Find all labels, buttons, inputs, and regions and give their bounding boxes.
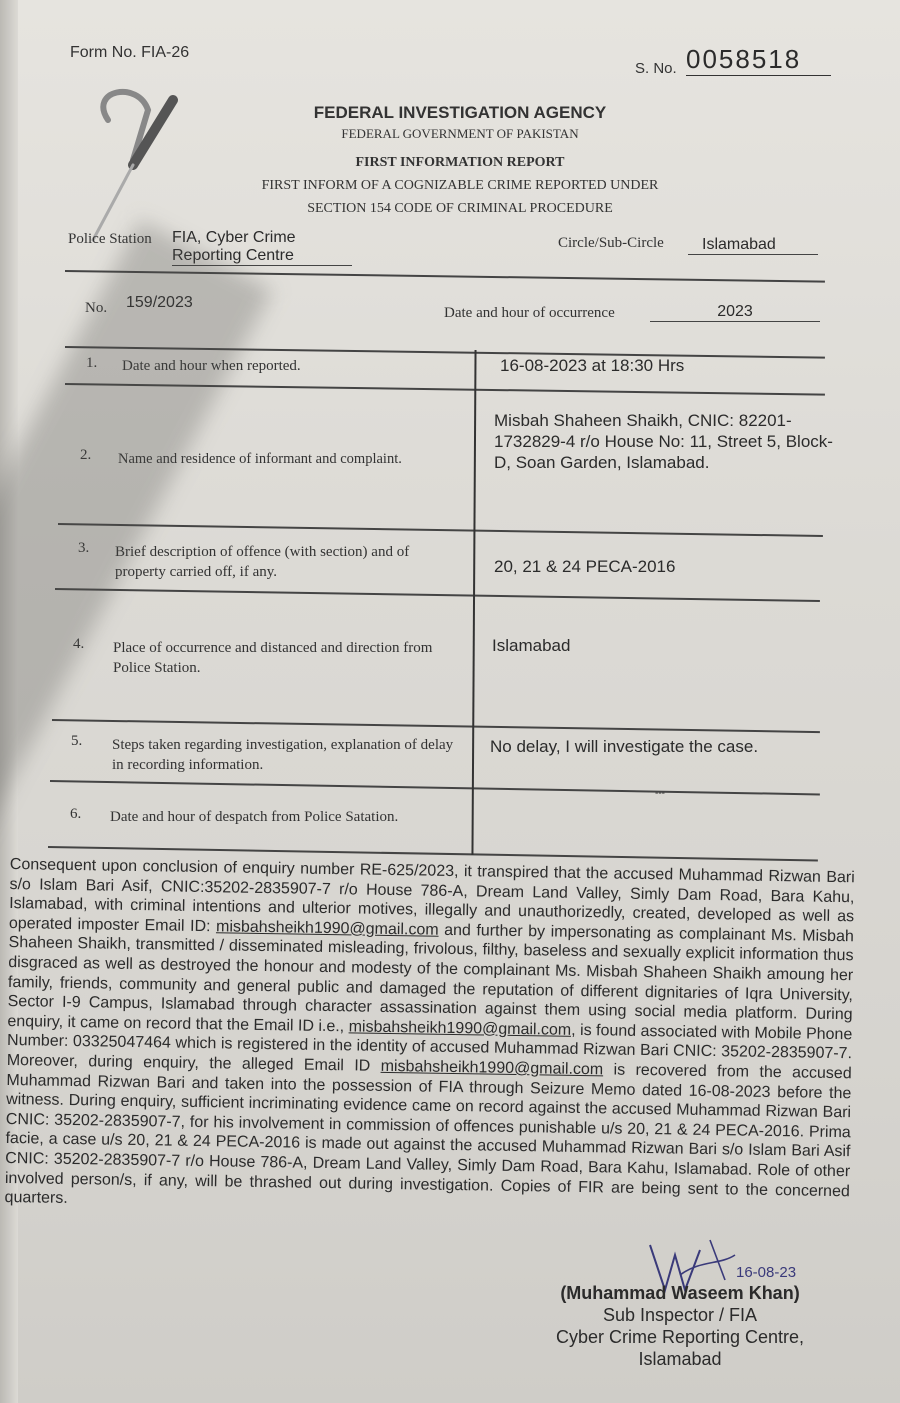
signature-block: (Muhammad Waseem Khan) Sub Inspector / F…	[540, 1282, 820, 1370]
row-number: 6.	[70, 806, 81, 823]
email-link[interactable]: misbahsheikh1990@gmail.com	[216, 918, 439, 938]
narrative-paragraph: Consequent upon conclusion of enquiry nu…	[4, 855, 854, 1221]
row-value-offence: 20, 21 & 24 PECA-2016	[494, 556, 844, 577]
agency-name: FEDERAL INVESTIGATION AGENCY	[180, 103, 740, 123]
email-link[interactable]: misbahsheikh1990@gmail.com,	[349, 1018, 576, 1039]
report-subtitle-line1: FIRST INFORM OF A COGNIZABLE CRIME REPOR…	[180, 178, 740, 194]
officer-office: Cyber Crime Reporting Centre,	[540, 1326, 820, 1348]
serial-label: S. No.	[635, 60, 677, 77]
form-number: Form No. FIA-26	[70, 44, 189, 62]
row-value-place: Islamabad	[492, 635, 842, 656]
row-label: Steps taken regarding investigation, exp…	[112, 735, 457, 775]
government-name: FEDERAL GOVERNMENT OF PAKISTAN	[180, 126, 740, 142]
svg-text:16-08-23: 16-08-23	[736, 1264, 796, 1281]
serial-number: 0058518	[686, 44, 831, 76]
row-value-steps: No delay, I will investigate the case.	[490, 736, 810, 757]
row-value-date-reported: 16-08-2023 at 18:30 Hrs	[500, 355, 850, 376]
email-link[interactable]: misbahsheikh1990@gmail.com	[381, 1058, 604, 1078]
row-label: Place of occurrence and distanced and di…	[113, 638, 458, 678]
circle-label: Circle/Sub-Circle	[558, 235, 664, 252]
row-value-despatch: ---	[655, 788, 665, 799]
row-number: 5.	[71, 733, 82, 750]
officer-designation: Sub Inspector / FIA	[540, 1304, 820, 1326]
circle-value: Islamabad	[688, 236, 818, 255]
narrative-text: is recovered from the accused Muhammad R…	[4, 1061, 851, 1207]
report-title: FIRST INFORMATION REPORT	[180, 155, 740, 171]
officer-city: Islamabad	[540, 1348, 820, 1370]
occurrence-label: Date and hour of occurrence	[444, 305, 615, 322]
row-label: Brief description of offence (with secti…	[115, 542, 460, 582]
row-label: Date and hour of despatch from Police Sa…	[110, 807, 455, 827]
officer-name: (Muhammad Waseem Khan)	[540, 1282, 820, 1304]
occurrence-value: 2023	[650, 303, 820, 322]
row-value-informant: Misbah Shaheen Shaikh, CNIC: 82201-17328…	[494, 410, 834, 473]
report-subtitle-line2: SECTION 154 CODE OF CRIMINAL PROCEDURE	[180, 201, 740, 217]
